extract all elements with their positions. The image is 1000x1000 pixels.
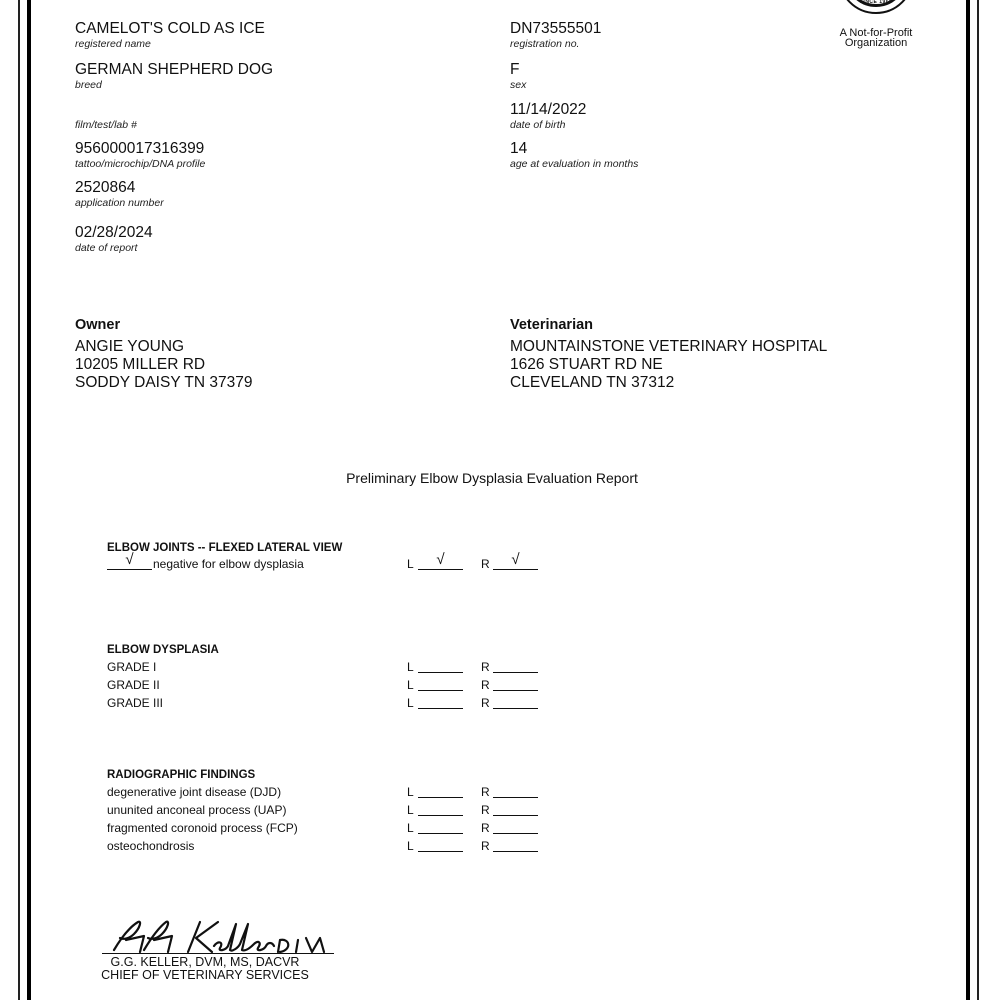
tagline-line2: Organization	[830, 38, 922, 48]
right-label: R	[481, 783, 490, 801]
flexed-view-section: ELBOW JOINTS -- FLEXED LATERAL VIEW √ ne…	[107, 541, 547, 573]
left-check-mark: √	[418, 551, 463, 569]
date-of-report-field: 02/28/2024 date of report	[75, 224, 153, 255]
finding-row: osteochondrosisLR	[107, 837, 547, 855]
overall-blank	[107, 569, 152, 570]
veterinarian-address2: CLEVELAND TN 37312	[510, 374, 827, 392]
finding-label: ununited anconeal process (UAP)	[107, 801, 286, 819]
seal-text: SINCE 1966	[840, 0, 912, 5]
left-label: L	[407, 837, 414, 855]
date-of-report-value: 02/28/2024	[75, 224, 153, 242]
signatory-block: G.G. KELLER, DVM, MS, DACVR CHIEF OF VET…	[60, 956, 350, 982]
left-blank	[418, 690, 463, 691]
identification-field: 956000017316399 tattoo/microchip/DNA pro…	[75, 140, 205, 171]
left-blank	[418, 672, 463, 673]
date-of-report-label: date of report	[75, 242, 153, 255]
right-blank	[493, 797, 538, 798]
flexed-view-heading: ELBOW JOINTS -- FLEXED LATERAL VIEW	[107, 541, 547, 555]
sex-label: sex	[510, 79, 526, 92]
veterinarian-name: MOUNTAINSTONE VETERINARY HOSPITAL	[510, 338, 827, 356]
application-number-label: application number	[75, 197, 164, 210]
organization-seal-icon: SINCE 1966	[838, 0, 914, 14]
finding-label: degenerative joint disease (DJD)	[107, 783, 281, 801]
right-blank	[493, 851, 538, 852]
right-label: R	[481, 658, 490, 676]
identification-value: 956000017316399	[75, 140, 205, 158]
right-blank	[493, 569, 538, 570]
finding-row: ununited anconeal process (UAP)LR	[107, 801, 547, 819]
film-test-lab-label: film/test/lab #	[75, 119, 137, 132]
date-of-birth-value: 11/14/2022	[510, 101, 586, 119]
elbow-dysplasia-section: ELBOW DYSPLASIA GRADE ILRGRADE IILRGRADE…	[107, 643, 547, 712]
right-blank	[493, 815, 538, 816]
right-blank	[493, 833, 538, 834]
overall-check-mark: √	[107, 551, 152, 569]
grade-row: GRADE ILR	[107, 658, 547, 676]
radiographic-findings-heading: RADIOGRAPHIC FINDINGS	[107, 768, 547, 782]
left-blank	[418, 815, 463, 816]
owner-address1: 10205 MILLER RD	[75, 356, 252, 374]
radiographic-findings-rows: degenerative joint disease (DJD)LRununit…	[107, 783, 547, 855]
left-blank	[418, 797, 463, 798]
registered-name-label: registered name	[75, 38, 265, 51]
finding-label: fragmented coronoid process (FCP)	[107, 819, 298, 837]
left-label: L	[407, 555, 414, 573]
grade-label: GRADE III	[107, 694, 163, 712]
organization-tagline: A Not-for-Profit Organization	[830, 28, 922, 48]
elbow-dysplasia-heading: ELBOW DYSPLASIA	[107, 643, 547, 657]
left-label: L	[407, 694, 414, 712]
right-blank	[493, 708, 538, 709]
right-blank	[493, 690, 538, 691]
sex-value: F	[510, 61, 526, 79]
left-blank	[418, 851, 463, 852]
breed-field: GERMAN SHEPHERD DOG breed	[75, 61, 273, 92]
age-field: 14 age at evaluation in months	[510, 140, 638, 171]
registration-no-value: DN73555501	[510, 20, 601, 38]
registered-name-field: CAMELOT'S COLD AS ICE registered name	[75, 20, 265, 51]
left-label: L	[407, 783, 414, 801]
right-blank	[493, 672, 538, 673]
right-label: R	[481, 694, 490, 712]
negative-row: √ negative for elbow dysplasia L √ R √	[107, 555, 547, 573]
right-label: R	[481, 555, 490, 573]
owner-heading: Owner	[75, 316, 252, 334]
veterinarian-address1: 1626 STUART RD NE	[510, 356, 827, 374]
breed-value: GERMAN SHEPHERD DOG	[75, 61, 273, 79]
left-blank	[418, 569, 463, 570]
right-label: R	[481, 801, 490, 819]
left-label: L	[407, 676, 414, 694]
age-value: 14	[510, 140, 638, 158]
page-border-left-thick	[27, 0, 31, 1000]
signatory-title: CHIEF OF VETERINARY SERVICES	[60, 969, 350, 982]
application-number-field: 2520864 application number	[75, 179, 164, 210]
grade-row: GRADE IILR	[107, 676, 547, 694]
page-border-left-thin	[18, 0, 20, 1000]
breed-label: breed	[75, 79, 273, 92]
film-test-lab-field: film/test/lab #	[75, 119, 137, 132]
left-blank	[418, 833, 463, 834]
right-check-mark: √	[493, 551, 538, 569]
finding-row: fragmented coronoid process (FCP)LR	[107, 819, 547, 837]
application-number-value: 2520864	[75, 179, 164, 197]
left-blank	[418, 708, 463, 709]
negative-label: negative for elbow dysplasia	[153, 555, 304, 573]
registration-no-field: DN73555501 registration no.	[510, 20, 601, 51]
right-label: R	[481, 837, 490, 855]
finding-label: osteochondrosis	[107, 837, 194, 855]
grade-label: GRADE II	[107, 676, 160, 694]
handwritten-signature	[100, 914, 334, 954]
date-of-birth-label: date of birth	[510, 119, 586, 132]
page-border-right-thin	[977, 0, 979, 1000]
registration-no-label: registration no.	[510, 38, 601, 51]
date-of-birth-field: 11/14/2022 date of birth	[510, 101, 586, 132]
veterinarian-heading: Veterinarian	[510, 316, 827, 334]
left-label: L	[407, 658, 414, 676]
left-label: L	[407, 819, 414, 837]
right-label: R	[481, 819, 490, 837]
sex-field: F sex	[510, 61, 526, 92]
right-label: R	[481, 676, 490, 694]
radiographic-findings-section: RADIOGRAPHIC FINDINGS degenerative joint…	[107, 768, 547, 855]
grade-label: GRADE I	[107, 658, 156, 676]
signature-line	[102, 953, 334, 954]
age-label: age at evaluation in months	[510, 158, 638, 171]
page-border-right-thick	[966, 0, 970, 1000]
registered-name-value: CAMELOT'S COLD AS ICE	[75, 20, 265, 38]
report-title: Preliminary Elbow Dysplasia Evaluation R…	[0, 470, 984, 486]
veterinarian-block: Veterinarian MOUNTAINSTONE VETERINARY HO…	[510, 316, 827, 392]
elbow-dysplasia-rows: GRADE ILRGRADE IILRGRADE IIILR	[107, 658, 547, 712]
owner-name: ANGIE YOUNG	[75, 338, 252, 356]
owner-address2: SODDY DAISY TN 37379	[75, 374, 252, 392]
grade-row: GRADE IIILR	[107, 694, 547, 712]
left-label: L	[407, 801, 414, 819]
identification-label: tattoo/microchip/DNA profile	[75, 158, 205, 171]
owner-block: Owner ANGIE YOUNG 10205 MILLER RD SODDY …	[75, 316, 252, 392]
finding-row: degenerative joint disease (DJD)LR	[107, 783, 547, 801]
